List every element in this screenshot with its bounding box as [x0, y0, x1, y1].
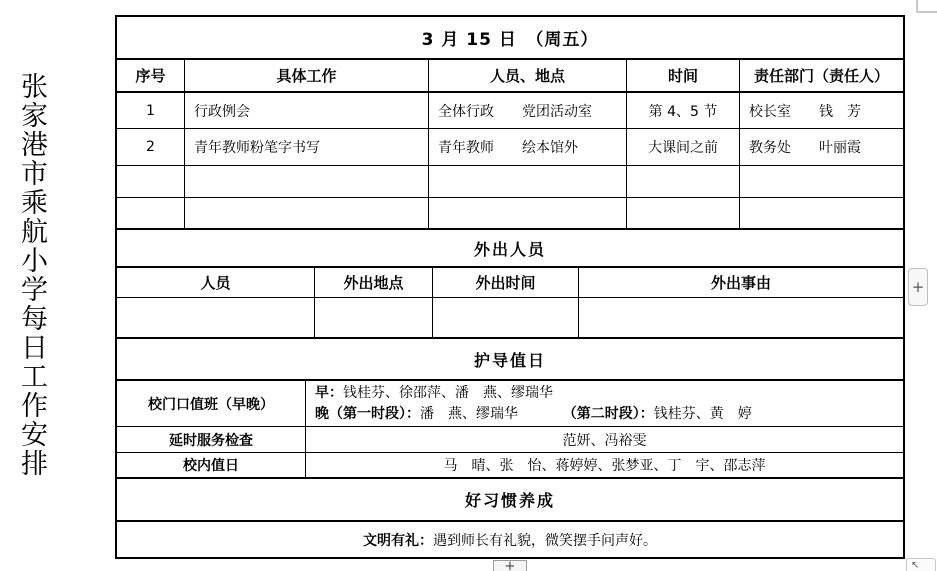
cell-department[interactable]: 校长室 钱 芳 — [739, 93, 903, 128]
cell-people-place[interactable]: 青年教师 绘本馆外 — [428, 129, 626, 165]
gate-morning-label: 早： — [315, 385, 343, 401]
campus-duty-names[interactable]: 马 晴、张 怡、蒋婷婷、张梦亚、丁 宇、邵志萍 — [305, 453, 903, 477]
delay-check-names[interactable]: 范妍、冯裕雯 — [305, 427, 903, 452]
date-header[interactable]: 3 月 15 日 （周五） — [117, 17, 903, 58]
top-right-control[interactable] — [916, 0, 937, 13]
header-cell-task[interactable]: 具体工作 — [184, 60, 428, 91]
outing-cell-reason[interactable] — [578, 298, 903, 337]
work-table-header-row: 序号 具体工作 人员、地点 时间 责任部门（责任人） — [117, 58, 903, 91]
guard-section-title[interactable]: 护导值日 — [117, 337, 903, 379]
cell-no[interactable] — [117, 166, 184, 197]
outing-header-row: 人员 外出地点 外出时间 外出事由 — [117, 266, 903, 297]
gate-evening-second-label: （第二时段）： — [563, 406, 654, 422]
bottom-right-control[interactable]: ↖ — [906, 558, 936, 571]
side-panel-expand-button[interactable]: + — [908, 268, 928, 306]
select-cursor-icon: ↖ — [911, 561, 919, 571]
header-cell-no[interactable]: 序号 — [117, 60, 184, 91]
work-table-row-empty — [117, 197, 903, 228]
work-table-row: 1 行政例会 全体行政 党团活动室 第 4、5 节 校长室 钱 芳 — [117, 91, 903, 128]
outing-header-time[interactable]: 外出时间 — [432, 268, 578, 297]
outing-cell-place[interactable] — [314, 298, 432, 337]
guard-campus-row: 校内值日 马 晴、张 怡、蒋婷婷、张梦亚、丁 宇、邵志萍 — [117, 452, 903, 477]
gate-duty-label[interactable]: 校门口值班（早晚） — [117, 381, 305, 426]
gate-evening-first-names: 潘 燕、缪瑞华 — [420, 406, 518, 422]
guard-delay-row: 延时服务检查 范妍、冯裕雯 — [117, 426, 903, 452]
outing-header-reason[interactable]: 外出事由 — [578, 268, 903, 297]
header-cell-time[interactable]: 时间 — [626, 60, 739, 91]
cell-no[interactable] — [117, 198, 184, 228]
habit-item-label: 文明有礼： — [363, 530, 433, 550]
work-table-row-empty — [117, 165, 903, 197]
cell-task[interactable]: 行政例会 — [184, 93, 428, 128]
cell-no[interactable]: 1 — [117, 93, 184, 128]
cell-time[interactable]: 第 4、5 节 — [626, 93, 739, 128]
gate-evening-line: 晚（第一时段）：潘 燕、缪瑞华（第二时段）：钱桂芬、黄 婷 — [315, 404, 752, 425]
habit-item[interactable]: 文明有礼：遇到师长有礼貌，微笑摆手问声好。 — [117, 522, 903, 557]
delay-check-label[interactable]: 延时服务检查 — [117, 427, 305, 452]
gate-morning-names: 钱桂芬、徐邵萍、潘 燕、缪瑞华 — [343, 385, 553, 401]
work-table-row: 2 青年教师粉笔字书写 青年教师 绘本馆外 大课间之前 教务处 叶丽霞 — [117, 128, 903, 165]
campus-duty-label[interactable]: 校内值日 — [117, 453, 305, 477]
cell-time[interactable]: 大课间之前 — [626, 129, 739, 165]
cell-department[interactable]: 教务处 叶丽霞 — [739, 129, 903, 165]
gate-evening-label: 晚（第一时段）： — [315, 406, 420, 422]
habit-item-text: 遇到师长有礼貌，微笑摆手问声好。 — [433, 530, 657, 550]
habit-row: 文明有礼：遇到师长有礼貌，微笑摆手问声好。 — [117, 520, 903, 557]
cell-department[interactable] — [739, 166, 903, 197]
gate-duty-content[interactable]: 早：钱桂芬、徐邵萍、潘 燕、缪瑞华 晚（第一时段）：潘 燕、缪瑞华（第二时段）：… — [305, 381, 903, 426]
cell-task[interactable]: 青年教师粉笔字书写 — [184, 129, 428, 165]
cell-task[interactable] — [184, 166, 428, 197]
outing-section-title[interactable]: 外出人员 — [117, 228, 903, 266]
cell-no[interactable]: 2 — [117, 129, 184, 165]
daily-schedule-table: 3 月 15 日 （周五） 序号 具体工作 人员、地点 时间 责任部门（责任人）… — [115, 15, 905, 559]
outing-cell-person[interactable] — [117, 298, 314, 337]
habit-section-title[interactable]: 好习惯养成 — [117, 477, 903, 520]
cell-time[interactable] — [626, 166, 739, 197]
bottom-add-button[interactable]: + — [493, 560, 527, 571]
outing-cell-time[interactable] — [432, 298, 578, 337]
cell-time[interactable] — [626, 198, 739, 228]
outing-header-person[interactable]: 人员 — [117, 268, 314, 297]
header-cell-department[interactable]: 责任部门（责任人） — [739, 60, 903, 91]
cell-task[interactable] — [184, 198, 428, 228]
outing-row-empty — [117, 297, 903, 337]
document-side-title[interactable]: 张家港市乘航小学每日工作安排 — [15, 72, 47, 478]
cell-people-place[interactable]: 全体行政 党团活动室 — [428, 93, 626, 128]
gate-evening-second-names: 钱桂芬、黄 婷 — [654, 406, 752, 422]
guard-gate-row: 校门口值班（早晚） 早：钱桂芬、徐邵萍、潘 燕、缪瑞华 晚（第一时段）：潘 燕、… — [117, 379, 903, 426]
cell-department[interactable] — [739, 198, 903, 228]
outing-header-place[interactable]: 外出地点 — [314, 268, 432, 297]
gate-morning-line: 早：钱桂芬、徐邵萍、潘 燕、缪瑞华 — [315, 383, 752, 404]
cell-people-place[interactable] — [428, 166, 626, 197]
cell-people-place[interactable] — [428, 198, 626, 228]
header-cell-people-place[interactable]: 人员、地点 — [428, 60, 626, 91]
